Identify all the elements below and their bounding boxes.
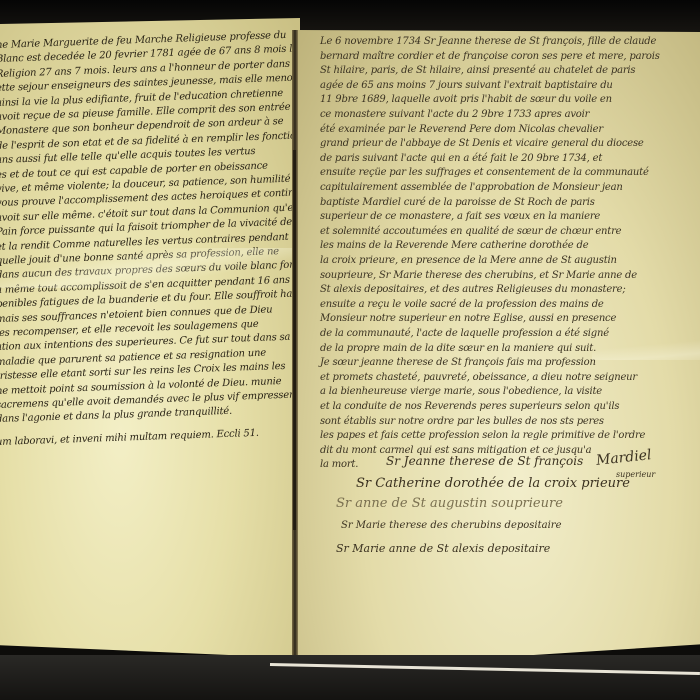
manuscript-line: ensuite reçüe par les suffrages et conse… xyxy=(320,167,649,178)
manuscript-line: 11 9bre 1689, laquelle avoit pris l'habi… xyxy=(320,94,612,105)
manuscript-line: de la communauté, l'acte de laquelle pro… xyxy=(320,328,609,339)
light-glare xyxy=(592,330,700,360)
manuscript-line: la croix prieure, en presence de la Mere… xyxy=(320,255,617,266)
manuscript-line: les papes et fais cette profession selon… xyxy=(320,430,645,441)
manuscript-line: Le 6 novembre 1734 Sr Jeanne therese de … xyxy=(320,36,656,47)
manuscript-line: agée de 65 ans moins 7 jours suivant l'e… xyxy=(320,80,613,91)
signature: Sr Catherine dorothée de la croix prieur… xyxy=(356,476,630,491)
signature: Sr Jeanne therese de St françois xyxy=(386,454,583,468)
manuscript-line: baptiste Mardiel curé de la paroisse de … xyxy=(320,197,595,208)
manuscript-line: capitulairement assemblée de l'approbati… xyxy=(320,182,623,193)
manuscript-line: St hilaire, paris, de St hilaire, ainsi … xyxy=(320,65,635,76)
manuscript-line: ensuite a reçu le voile sacré de la prof… xyxy=(320,299,604,310)
manuscript-line: Monsieur notre superieur en notre Eglise… xyxy=(320,313,616,324)
manuscript-line: et solemnité accoutumées en qualité de s… xyxy=(320,226,621,237)
right-page: Le 6 novembre 1734 Sr Jeanne therese de … xyxy=(296,30,700,670)
manuscript-line: grand prieur de l'abbaye de St Denis et … xyxy=(320,138,644,149)
signature: Sr anne de St augustin souprieure xyxy=(336,496,563,511)
manuscript-line: de la propre main de la dite sœur en la … xyxy=(320,343,596,354)
manuscript-line: et promets chasteté, pauvreté, obeissanc… xyxy=(320,372,637,383)
manuscript-line: bernard maître cordier et de françoise c… xyxy=(320,51,660,62)
manuscript-line: um laboravi, et inveni mihi multam requi… xyxy=(0,428,259,448)
light-glare xyxy=(0,248,300,288)
signature: Sr Marie anne de St alexis depositaire xyxy=(336,542,550,555)
manuscript-line: les mains de la Reverende Mere catherine… xyxy=(320,240,588,251)
signature-mark-note: superieur xyxy=(616,470,655,479)
manuscript-line: Je sœur jeanne therese de St françois fa… xyxy=(320,357,596,368)
manuscript-line: ce monastere suivant l'acte du 2 9bre 17… xyxy=(320,109,589,120)
manuscript-line: St alexis depositaires, et des autres Re… xyxy=(320,284,626,295)
manuscript-line: et la conduite de nos Reverends peres su… xyxy=(320,401,619,412)
signature-mark: Mardiel xyxy=(595,447,652,469)
manuscript-line: a la bienheureuse vierge marie, sous l'o… xyxy=(320,386,602,397)
manuscript-line: sont établis sur notre ordre par les bul… xyxy=(320,416,604,427)
manuscript-line: la mort. xyxy=(320,459,358,470)
manuscript-line: souprieure, Sr Marie therese des cherubi… xyxy=(320,270,637,281)
manuscript-line: été examinée par le Reverend Pere dom Ni… xyxy=(320,124,603,135)
book-crease xyxy=(293,150,296,530)
left-page: ne Marie Marguerite de feu Marche Religi… xyxy=(0,18,300,658)
manuscript-line: superieur de ce monastere, a fait ses vœ… xyxy=(320,211,600,222)
signature: Sr Marie therese des cherubins depositai… xyxy=(341,520,562,531)
display-case-base xyxy=(0,655,700,700)
manuscript-line: de paris suivant l'acte qui en a été fai… xyxy=(320,153,602,164)
